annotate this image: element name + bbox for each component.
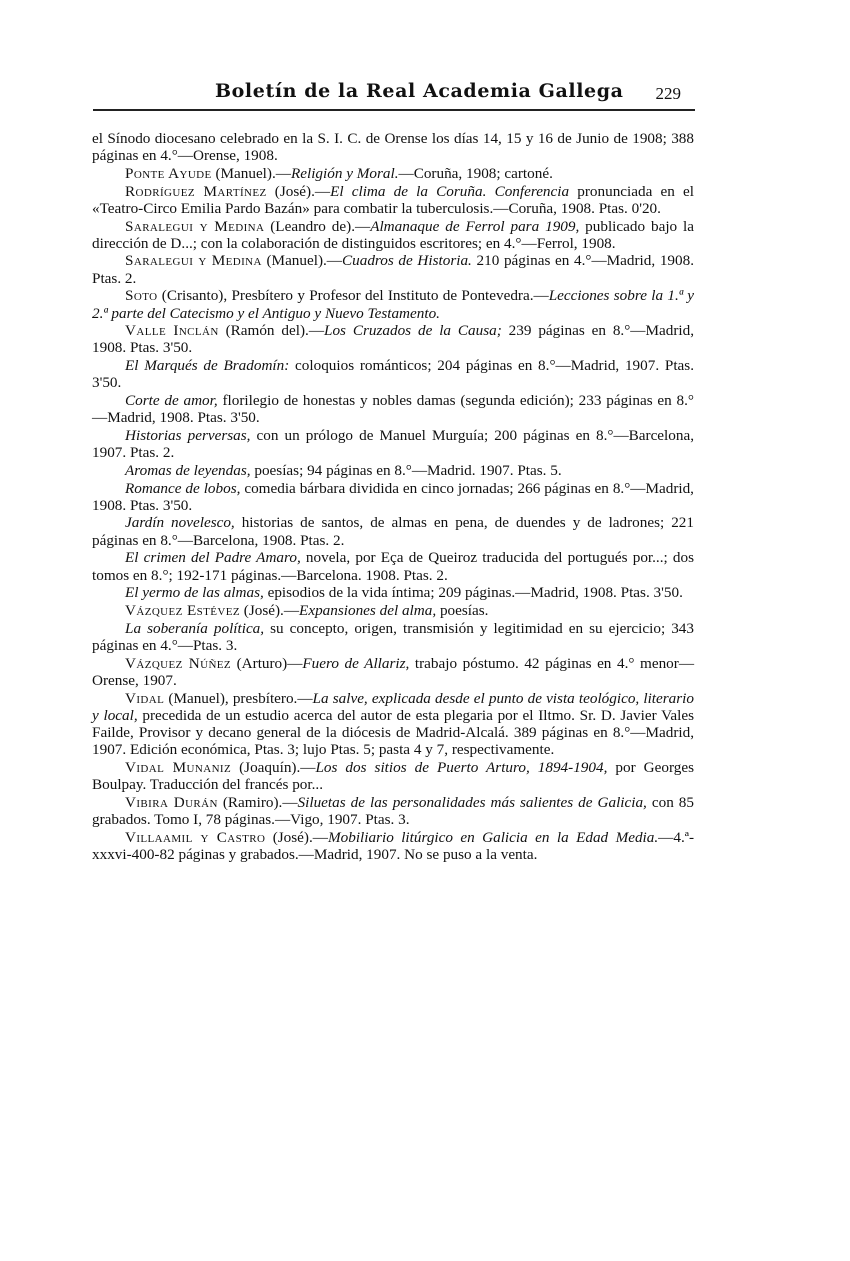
author-name: Valle Inclán: [125, 322, 219, 339]
bibliography-entry: Vidal (Manuel), presbítero.—La salve, ex…: [92, 690, 694, 759]
entry-text: (José).—: [267, 183, 330, 200]
entry-text: precedida de un estudio acerca del autor…: [92, 707, 694, 758]
work-title: El Marqués de Bradomín:: [125, 357, 289, 374]
entry-text: (Ramón del).—: [219, 322, 324, 339]
bibliography-entry: Vázquez Estévez (José).—Expansiones del …: [92, 602, 694, 619]
work-title: Almanaque de Ferrol para 1909,: [370, 218, 579, 235]
bibliography-entry: Valle Inclán (Ramón del).—Los Cruzados d…: [92, 322, 694, 356]
bibliography-entry: Vázquez Núñez (Arturo)—Fuero de Allariz,…: [92, 655, 694, 689]
work-title: Expansiones del alma,: [299, 602, 436, 619]
page-number: 229: [656, 84, 682, 104]
author-name: Vázquez Núñez: [125, 655, 231, 672]
author-name: Vidal Munaniz: [125, 759, 231, 776]
work-title: El clima de la Coruña. Conferencia: [330, 183, 569, 200]
header-rule: [93, 109, 695, 111]
work-title: Mobiliario litúrgico en Galicia en la Ed…: [328, 829, 658, 846]
work-title: Siluetas de las personalidades más salie…: [298, 794, 647, 811]
work-title: Religión y Moral.: [291, 165, 399, 182]
entry-text: el Sínodo diocesano celebrado en la S. I…: [92, 130, 694, 164]
bibliography-entry: Romance de lobos, comedia bárbara dividi…: [92, 480, 694, 514]
work-title: La soberanía política,: [125, 620, 264, 637]
author-name: Vidal: [125, 690, 164, 707]
entry-text: (Leandro de).—: [264, 218, 370, 235]
work-title: Aromas de leyendas,: [125, 462, 251, 479]
bibliography-entry: El Marqués de Bradomín: coloquios románt…: [92, 357, 694, 391]
bibliography-entry: Rodríguez Martínez (José).—El clima de l…: [92, 183, 694, 217]
bibliography-entry: Saralegui y Medina (Leandro de).—Almanaq…: [92, 218, 694, 252]
work-title: Jardín novelesco,: [125, 514, 235, 531]
entry-text: —Coruña, 1908; cartoné.: [399, 165, 553, 182]
entry-text: episodios de la vida íntima; 209 páginas…: [264, 584, 683, 601]
author-name: Rodríguez Martínez: [125, 183, 267, 200]
bibliography-entry: Aromas de leyendas, poesías; 94 páginas …: [92, 462, 694, 479]
document-page: Boletín de la Real Academia Gallega 229 …: [0, 0, 850, 1261]
bibliography-entry: La soberanía política, su concepto, orig…: [92, 620, 694, 654]
author-name: Saralegui y Medina: [125, 252, 262, 269]
bibliography-entry: Saralegui y Medina (Manuel).—Cuadros de …: [92, 252, 694, 286]
bibliography-entry: el Sínodo diocesano celebrado en la S. I…: [92, 130, 694, 164]
entry-text: (José).—: [240, 602, 299, 619]
entry-text: (Manuel).—: [212, 165, 291, 182]
author-name: Villaamil y Castro: [125, 829, 265, 846]
bibliography-list: el Sínodo diocesano celebrado en la S. I…: [92, 130, 694, 864]
work-title: Corte de amor,: [125, 392, 218, 409]
work-title: Cuadros de Historia.: [342, 252, 472, 269]
entry-text: poesías.: [436, 602, 488, 619]
entry-text: (Ramiro).—: [218, 794, 298, 811]
entry-text: (Crisanto), Presbítero y Profesor del In…: [157, 287, 548, 304]
author-name: Vázquez Estévez: [125, 602, 240, 619]
entry-text: (Arturo)—: [231, 655, 302, 672]
bibliography-entry: Vibira Durán (Ramiro).—Siluetas de las p…: [92, 794, 694, 828]
author-name: Ponte Ayude: [125, 165, 212, 182]
author-name: Vibira Durán: [125, 794, 218, 811]
entry-text: (José).—: [265, 829, 328, 846]
page-header: Boletín de la Real Academia Gallega 229: [93, 78, 695, 110]
work-title: Los dos sitios de Puerto Arturo, 1894-19…: [315, 759, 607, 776]
work-title: El crimen del Padre Amaro,: [125, 549, 301, 566]
entry-text: poesías; 94 páginas en 8.°—Madrid. 1907.…: [251, 462, 562, 479]
bibliography-entry: Jardín novelesco, historias de santos, d…: [92, 514, 694, 548]
bibliography-entry: Historias perversas, con un prólogo de M…: [92, 427, 694, 461]
bibliography-entry: Corte de amor, florilegio de honestas y …: [92, 392, 694, 426]
bibliography-entry: Vidal Munaniz (Joaquín).—Los dos sitios …: [92, 759, 694, 793]
work-title: Historias perversas,: [125, 427, 250, 444]
bibliography-entry: Ponte Ayude (Manuel).—Religión y Moral.—…: [92, 165, 694, 182]
bibliography-entry: El yermo de las almas, episodios de la v…: [92, 584, 694, 601]
work-title: El yermo de las almas,: [125, 584, 264, 601]
entry-text: (Manuel), presbítero.—: [164, 690, 312, 707]
entry-text: (Joaquín).—: [231, 759, 315, 776]
work-title: Fuero de Allariz,: [302, 655, 409, 672]
bibliography-entry: Villaamil y Castro (José).—Mobiliario li…: [92, 829, 694, 863]
running-title: Boletín de la Real Academia Gallega: [215, 80, 624, 102]
author-name: Soto: [125, 287, 157, 304]
bibliography-entry: Soto (Crisanto), Presbítero y Profesor d…: [92, 287, 694, 321]
entry-text: (Manuel).—: [262, 252, 342, 269]
author-name: Saralegui y Medina: [125, 218, 264, 235]
bibliography-entry: El crimen del Padre Amaro, novela, por E…: [92, 549, 694, 583]
work-title: Los Cruzados de la Causa;: [324, 322, 502, 339]
work-title: Romance de lobos,: [125, 480, 240, 497]
